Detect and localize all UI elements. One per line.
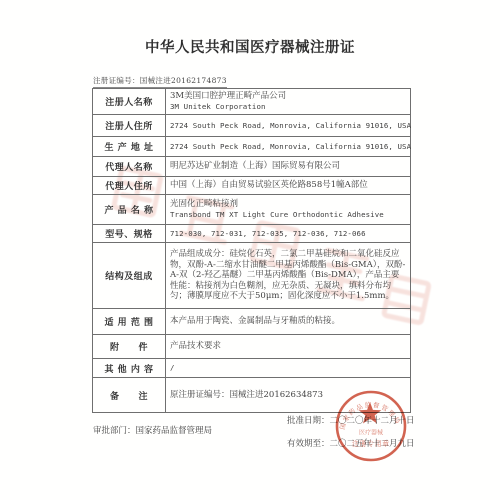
row-value-line: 本产品用于陶瓷、金属制品与牙釉质的粘接。 — [170, 316, 406, 327]
approval-department: 审批部门：国家药品监督管理局 — [93, 424, 212, 436]
row-label: 附 件 — [93, 335, 166, 359]
table-row: 其 他 内 容/ — [93, 359, 411, 378]
table-row: 生 产 地 址2724 South Peck Road, Monrovia, C… — [93, 137, 411, 157]
row-value: 中国（上海）自由贸易试验区英伦路858号1幢A部位 — [166, 177, 411, 195]
row-value-line: 2724 South Peck Road, Monrovia, Californ… — [170, 121, 406, 131]
valid-until-value: 二〇二五年十二月九日 — [330, 439, 415, 449]
row-value-line: 原注册证编号：国械注进20162634873 — [170, 390, 406, 401]
table-row: 备 注原注册证编号：国械注进20162634873 — [93, 378, 411, 413]
row-value-line: 2724 South Peck Road, Monrovia, Californ… — [170, 142, 406, 152]
approve-date-label: 批准日期： — [287, 416, 330, 426]
row-value-line: 明尼苏达矿业制造（上海）国际贸易有限公司 — [170, 161, 406, 172]
table-row: 代理人住所中国（上海）自由贸易试验区英伦路858号1幢A部位 — [93, 177, 411, 195]
row-label: 适 用 范 围 — [93, 309, 166, 335]
row-value-line: 产品组成成分：硅烷化石英，二氯二甲基硅烷和二氧化硅反应物，双酚-A-二缩水甘油醚… — [170, 249, 406, 302]
row-label: 注册人住所 — [93, 115, 166, 137]
row-value: 原注册证编号：国械注进20162634873 — [166, 378, 411, 413]
valid-until-line: 有效期至：二〇二五年十二月九日 — [287, 437, 415, 449]
table-row: 适 用 范 围本产品用于陶瓷、金属制品与牙釉质的粘接。 — [93, 309, 411, 335]
row-value-line: 3M Unitek Corporation — [170, 102, 406, 112]
row-label: 型号、规格 — [93, 225, 166, 243]
page-title: 中华人民共和国医疗器械注册证 — [0, 36, 500, 57]
row-label: 其 他 内 容 — [93, 359, 166, 378]
row-value: 光固化正畸粘接剂Transbond TM XT Light Cure Ortho… — [166, 195, 411, 225]
row-value: 712-030, 712-031, 712-035, 712-036, 712-… — [166, 225, 411, 243]
table-row: 型号、规格712-030, 712-031, 712-035, 712-036,… — [93, 225, 411, 243]
table-row: 代理人名称明尼苏达矿业制造（上海）国际贸易有限公司 — [93, 157, 411, 177]
row-value: 2724 South Peck Road, Monrovia, Californ… — [166, 137, 411, 157]
approve-date-value: 二〇二〇年十二月十日 — [330, 416, 415, 426]
table-row: 结构及组成产品组成成分：硅烷化石英，二氯二甲基硅烷和二氧化硅反应物，双酚-A-二… — [93, 243, 411, 309]
row-value: 2724 South Peck Road, Monrovia, Californ… — [166, 115, 411, 137]
row-value: 明尼苏达矿业制造（上海）国际贸易有限公司 — [166, 157, 411, 177]
row-value: 本产品用于陶瓷、金属制品与牙釉质的粘接。 — [166, 309, 411, 335]
row-label: 代理人名称 — [93, 157, 166, 177]
row-value: 产品技术要求 — [166, 335, 411, 359]
row-label: 产 品 名 称 — [93, 195, 166, 225]
row-value-line: Transbond TM XT Light Cure Orthodontic A… — [170, 210, 406, 220]
table-row: 产 品 名 称光固化正畸粘接剂Transbond TM XT Light Cur… — [93, 195, 411, 225]
row-value: 产品组成成分：硅烷化石英，二氯二甲基硅烷和二氧化硅反应物，双酚-A-二缩水甘油醚… — [166, 243, 411, 309]
row-value-line: 中国（上海）自由贸易试验区英伦路858号1幢A部位 — [170, 180, 406, 191]
row-label: 结构及组成 — [93, 243, 166, 309]
row-value-line: 光固化正畸粘接剂 — [170, 199, 406, 210]
row-value-line: / — [170, 363, 406, 373]
table-row: 附 件产品技术要求 — [93, 335, 411, 359]
row-label: 代理人住所 — [93, 177, 166, 195]
valid-until-label: 有效期至： — [287, 439, 330, 449]
row-value: 3M美国口腔护理正畸产品公司3M Unitek Corporation — [166, 89, 411, 115]
registration-table: 注册人名称3M美国口腔护理正畸产品公司3M Unitek Corporation… — [92, 88, 411, 413]
row-value-line: 产品技术要求 — [170, 341, 406, 352]
date-block: 批准日期：二〇二〇年十二月十日 有效期至：二〇二五年十二月九日 — [287, 414, 415, 460]
row-label: 生 产 地 址 — [93, 137, 166, 157]
table-row: 注册人住所2724 South Peck Road, Monrovia, Cal… — [93, 115, 411, 137]
approve-date-line: 批准日期：二〇二〇年十二月十日 — [287, 414, 415, 426]
certificate-number: 注册证编号：国械注进20162174873 — [93, 75, 227, 88]
row-label: 备 注 — [93, 378, 166, 413]
table-row: 注册人名称3M美国口腔护理正畸产品公司3M Unitek Corporation — [93, 89, 411, 115]
row-value: / — [166, 359, 411, 378]
row-value-line: 3M美国口腔护理正畸产品公司 — [170, 91, 406, 102]
row-value-line: 712-030, 712-031, 712-035, 712-036, 712-… — [170, 229, 406, 239]
row-label: 注册人名称 — [93, 89, 166, 115]
certificate-page: 中华人民共和国医疗器械注册证 注册证编号：国械注进20162174873 注册人… — [0, 0, 500, 500]
